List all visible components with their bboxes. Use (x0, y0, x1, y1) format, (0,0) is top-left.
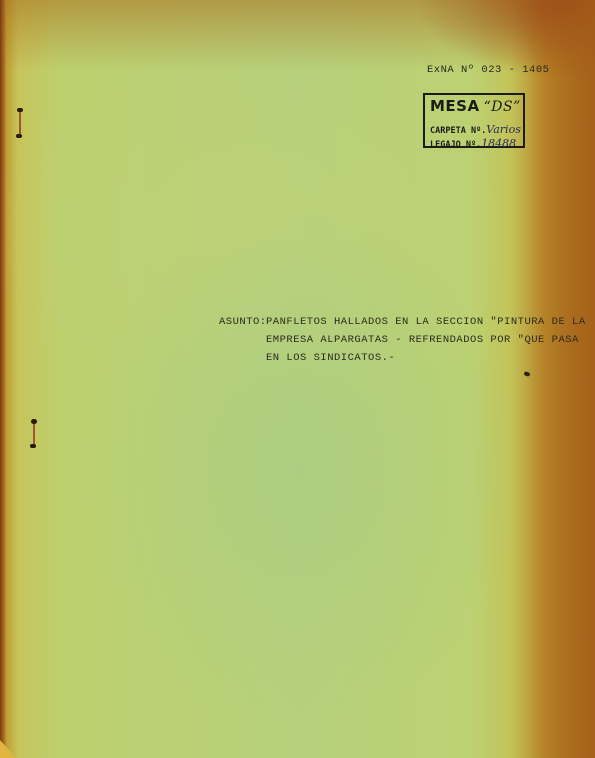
staple-hole-icon (30, 444, 36, 448)
archive-stamp: MESA“DS” CARPETA Nº.Varios LEGAJO Nº.184… (423, 93, 525, 148)
paper-left-edge (0, 0, 6, 758)
staple-hole-icon (16, 134, 22, 138)
stamp-title: MESA“DS” (430, 97, 521, 115)
subject-line: PANFLETOS HALLADOS EN LA SECCION "PINTUR… (266, 316, 586, 328)
stamp-mesa-code: “DS” (484, 99, 521, 115)
subject-line: EMPRESA ALPARGATAS - REFRENDADOS POR "QU… (266, 334, 579, 346)
staple-rust-mark (19, 112, 21, 134)
stamp-file-value: 18488 (481, 137, 516, 150)
stamp-file-label: LEGAJO Nº. (430, 140, 481, 150)
document-page: ExNA Nº 023 - 1405 MESA“DS” CARPETA Nº.V… (0, 0, 595, 758)
staple-rust-mark (33, 424, 35, 444)
paper-stain-right-edge (525, 0, 595, 758)
stamp-file-row: LEGAJO Nº.18488 (430, 132, 516, 151)
subject-line: EN LOS SINDICATOS.- (266, 352, 395, 364)
subject-label: ASUNTO: (219, 316, 267, 328)
document-reference-number: ExNA Nº 023 - 1405 (427, 64, 549, 76)
folded-corner (0, 740, 16, 758)
stamp-mesa-label: MESA (430, 97, 480, 115)
